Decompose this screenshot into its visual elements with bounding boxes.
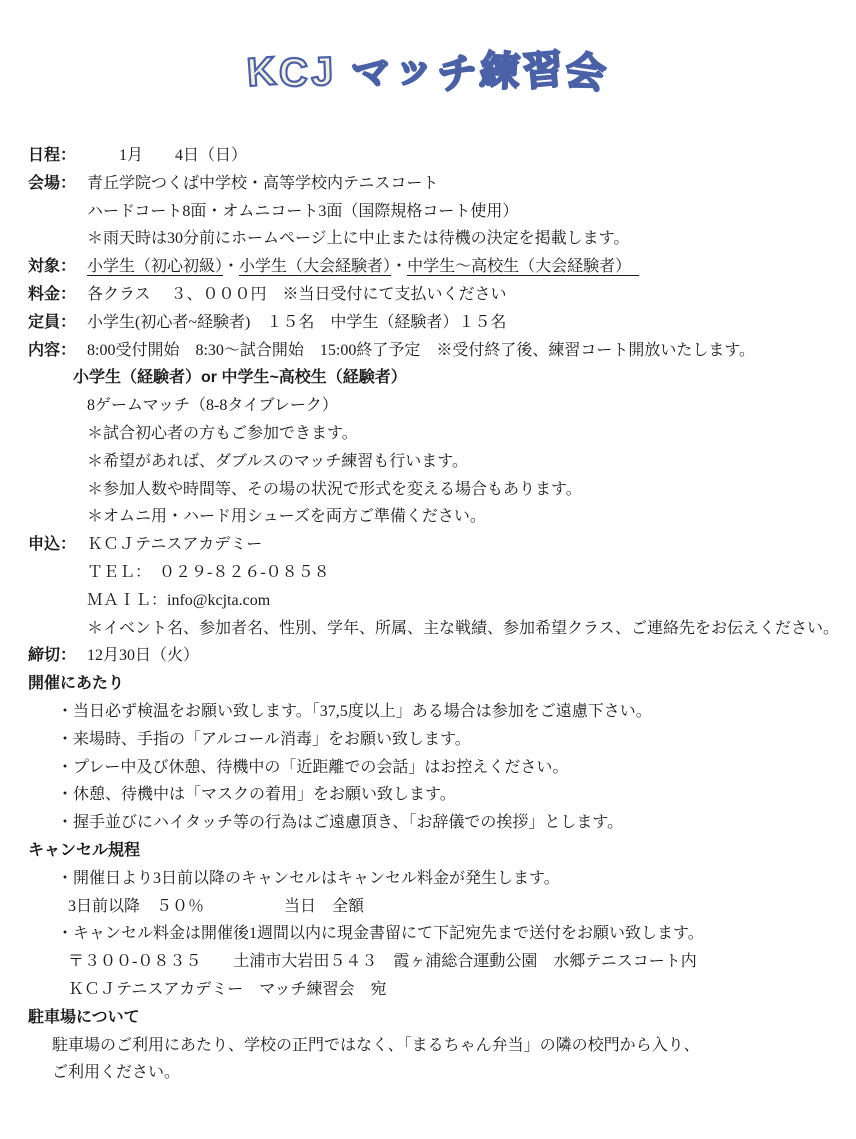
schedule-note: ＊希望があれば、ダブルスのマッチ練習も行います。 xyxy=(87,453,468,470)
parking-heading: 駐車場について xyxy=(28,1004,840,1032)
schedule-note-row: ＊試合初心者の方もご参加できます。 xyxy=(28,420,840,448)
cancel-addressee: ＫＣＪテニスアカデミー マッチ練習会 宛 xyxy=(68,981,387,998)
rain-note-row: ＊雨天時は30分前にホームページ上に中止または待機の決定を掲載します。 xyxy=(28,225,840,253)
schedule-note-row: ＊希望があれば、ダブルスのマッチ練習も行います。 xyxy=(28,448,840,476)
cancel-policy-text: ・開催日より3日前以降のキャンセルはキャンセル料金が発生します。 xyxy=(57,870,560,887)
event-note-bullet: ・握手並びにハイタッチ等の行為はご遠慮頂き、「お辞儀での挨拶」とします。 xyxy=(28,809,840,837)
venue-courts-row: ハードコート8面・オムニコート3面（国際規格コート使用） xyxy=(28,198,840,226)
schedule-label: 内容： xyxy=(28,337,87,365)
tel-value: ＴＥＬ： ０２９-８２６-０８５８ xyxy=(87,564,330,581)
event-note-text: ・来場時、手指の「アルコール消毒」をお願い致します。 xyxy=(57,731,471,748)
fee-value: 各クラス ３、０００円 ※当日受付にて支払いください xyxy=(87,286,507,303)
target-label: 対象： xyxy=(28,253,87,281)
deadline-value: 12月30日（火） xyxy=(87,647,199,664)
schedule-note: ＊オムニ用・ハード用シューズを両方ご準備ください。 xyxy=(87,508,486,525)
parking-heading-text: 駐車場について xyxy=(28,1009,140,1026)
parking-paragraph-line: ご利用ください。 xyxy=(52,1064,180,1081)
apply-label: 申込： xyxy=(28,531,87,559)
cancel-address-row: 〒３００-０８３５ 土浦市大岩田５４３ 霞ヶ浦総合運動公園 水郷テニスコート内 xyxy=(28,948,840,976)
deadline-label: 締切： xyxy=(28,642,87,670)
date-value: 1月 4日（日） xyxy=(87,147,247,164)
cancel-policy-heading-text: キャンセル規程 xyxy=(28,842,140,859)
title-banner: KCJ マッチ練習会 xyxy=(0,40,856,106)
parking-paragraph-line: 駐車場のご利用にあたり、学校の正門ではなく、「まるちゃん弁当」の隣の校門から入り… xyxy=(52,1037,700,1054)
fee-row: 料金：各クラス ３、０００円 ※当日受付にて支払いください xyxy=(28,281,840,309)
match-format: 8ゲームマッチ（8-8タイブレーク） xyxy=(87,397,338,414)
venue-row: 会場：青丘学院つくば中学校・高等学校内テニスコート xyxy=(28,170,840,198)
cancel-policy-bullet: ・開催日より3日前以降のキャンセルはキャンセル料金が発生します。 xyxy=(28,865,840,893)
event-notes-heading: 開催にあたり xyxy=(28,670,840,698)
capacity-row: 定員：小学生(初心者~経験者) １５名 中学生（経験者）１５名 xyxy=(28,309,840,337)
tel-row: ＴＥＬ： ０２９-８２６-０８５８ xyxy=(28,559,840,587)
target-separator: ・ xyxy=(223,258,239,275)
target-group-1: 小学生（初心初級） xyxy=(87,258,223,275)
target-row: 対象：小学生（初心初級）・小学生（大会経験者）・中学生～高校生（大会経験者） xyxy=(28,253,840,281)
cancel-fee-detail-row: 3日前以降 ５０％ 当日 全額 xyxy=(28,893,840,921)
event-note-text: ・当日必ず検温をお願い致します。「37,5度以上」ある場合は参加をご遠慮下さい。 xyxy=(57,703,652,720)
event-note-bullet: ・当日必ず検温をお願い致します。「37,5度以上」ある場合は参加をご遠慮下さい。 xyxy=(28,698,840,726)
schedule-note: ＊試合初心者の方もご参加できます。 xyxy=(87,425,358,442)
date-row: 日程： 1月 4日（日） xyxy=(28,142,840,170)
mail-value: ＭＡＩＬ：info@kcjta.com xyxy=(87,592,270,609)
parking-paragraph-row: ご利用ください。 xyxy=(28,1059,840,1087)
venue-value: 青丘学院つくば中学校・高等学校内テニスコート xyxy=(87,175,438,192)
event-note-bullet: ・休憩、待機中は「マスクの着用」をお願い致します。 xyxy=(28,781,840,809)
venue-courts: ハードコート8面・オムニコート3面（国際規格コート使用） xyxy=(87,203,518,220)
event-note-bullet: ・来場時、手指の「アルコール消毒」をお願い致します。 xyxy=(28,726,840,754)
event-note-text: ・握手並びにハイタッチ等の行為はご遠慮頂き、「お辞儀での挨拶」とします。 xyxy=(57,814,623,831)
event-notes-heading-text: 開催にあたり xyxy=(28,675,124,692)
target-group-2: 小学生（大会経験者） xyxy=(239,258,391,275)
apply-row: 申込：ＫＣＪテニスアカデミー xyxy=(28,531,840,559)
cancel-policy-text: ・キャンセル料金は開催後1週間以内に現金書留にて下記宛先まで送付をお願い致します… xyxy=(57,925,704,942)
date-label: 日程： xyxy=(28,142,87,170)
apply-note-row: ＊イベント名、参加者名、性別、学年、所属、主な戦績、参加希望クラス、ご連絡先をお… xyxy=(28,615,840,643)
cancel-policy-heading: キャンセル規程 xyxy=(28,837,840,865)
event-note-text: ・休憩、待機中は「マスクの着用」をお願い致します。 xyxy=(57,786,456,803)
schedule-note-row: ＊オムニ用・ハード用シューズを両方ご準備ください。 xyxy=(28,503,840,531)
cancel-address: 〒３００-０８３５ 土浦市大岩田５４３ 霞ヶ浦総合運動公園 水郷テニスコート内 xyxy=(68,953,697,970)
apply-note: ＊イベント名、参加者名、性別、学年、所属、主な戦績、参加希望クラス、ご連絡先をお… xyxy=(87,620,839,637)
deadline-row: 締切：12月30日（火） xyxy=(28,642,840,670)
cancel-fee-detail: 3日前以降 ５０％ 当日 全額 xyxy=(68,898,364,915)
schedule-note: ＊参加人数や時間等、その場の状況で形式を変える場合もあります。 xyxy=(87,481,582,498)
apply-value: ＫＣＪテニスアカデミー xyxy=(87,536,262,553)
event-note-bullet: ・プレー中及び休憩、待機中の「近距離での会話」はお控えください。 xyxy=(28,754,840,782)
event-title: KCJ マッチ練習会 xyxy=(247,40,608,97)
schedule-value: 8:00受付開始 8:30～試合開始 15:00終了予定 ※受付終了後、練習コー… xyxy=(87,342,755,359)
match-format-row: 8ゲームマッチ（8-8タイブレーク） xyxy=(28,392,840,420)
class-subhead-row: 小学生（経験者）or 中学生~高校生（経験者） xyxy=(28,364,840,392)
flyer-page: { "page": { "background": "#ffffff", "te… xyxy=(0,0,856,1139)
target-separator: ・ xyxy=(391,258,407,275)
rain-note: ＊雨天時は30分前にホームページ上に中止または待機の決定を掲載します。 xyxy=(87,230,629,247)
document-body: 日程： 1月 4日（日） 会場：青丘学院つくば中学校・高等学校内テニスコート ハ… xyxy=(0,142,856,1087)
fee-label: 料金： xyxy=(28,281,87,309)
capacity-label: 定員： xyxy=(28,309,87,337)
target-group-3: 中学生～高校生（大会経験者） xyxy=(407,258,639,275)
parking-paragraph-row: 駐車場のご利用にあたり、学校の正門ではなく、「まるちゃん弁当」の隣の校門から入り… xyxy=(28,1032,840,1060)
event-note-text: ・プレー中及び休憩、待機中の「近距離での会話」はお控えください。 xyxy=(57,759,568,776)
cancel-addressee-row: ＫＣＪテニスアカデミー マッチ練習会 宛 xyxy=(28,976,840,1004)
venue-label: 会場： xyxy=(28,170,87,198)
mail-row: ＭＡＩＬ：info@kcjta.com xyxy=(28,587,840,615)
schedule-row: 内容：8:00受付開始 8:30～試合開始 15:00終了予定 ※受付終了後、練… xyxy=(28,337,840,365)
cancel-policy-bullet: ・キャンセル料金は開催後1週間以内に現金書留にて下記宛先まで送付をお願い致します… xyxy=(28,920,840,948)
schedule-note-row: ＊参加人数や時間等、その場の状況で形式を変える場合もあります。 xyxy=(28,476,840,504)
class-subhead: 小学生（経験者）or 中学生~高校生（経験者） xyxy=(73,369,407,386)
capacity-value: 小学生(初心者~経験者) １５名 中学生（経験者）１５名 xyxy=(87,314,506,331)
